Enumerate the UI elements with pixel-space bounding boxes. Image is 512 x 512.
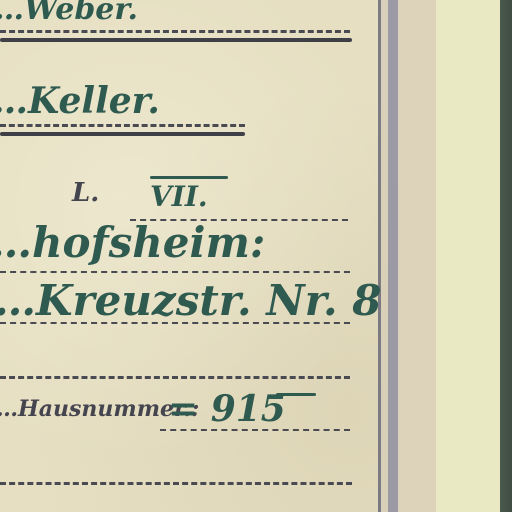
handwritten-name-2: …Keller.	[0, 80, 160, 122]
dotted-line-6	[0, 376, 350, 379]
dotted-line-4	[0, 271, 350, 273]
cream-mount	[436, 0, 500, 512]
binding-edge	[500, 0, 512, 512]
dotted-line-7	[160, 429, 350, 431]
handwritten-name-1: …Weber.	[0, 0, 138, 27]
printed-label-l: L.	[72, 178, 99, 208]
handwritten-roman-numeral: VII.	[150, 180, 208, 213]
number-flourish	[276, 393, 316, 396]
dotted-line-8	[0, 482, 352, 485]
card-edge	[400, 0, 437, 512]
dotted-line-5	[0, 322, 350, 324]
underline-2	[0, 132, 245, 136]
dotted-line-1	[0, 30, 350, 33]
card-border-stamp	[378, 0, 400, 512]
underline-1	[0, 38, 352, 42]
handwritten-street: …Kreuzstr. Nr. 8	[0, 276, 381, 325]
dotted-line-2	[0, 124, 245, 127]
overline-roman	[150, 176, 228, 179]
handwritten-place: …hofsheim:	[0, 218, 265, 267]
handwritten-number: = 915	[168, 388, 286, 430]
